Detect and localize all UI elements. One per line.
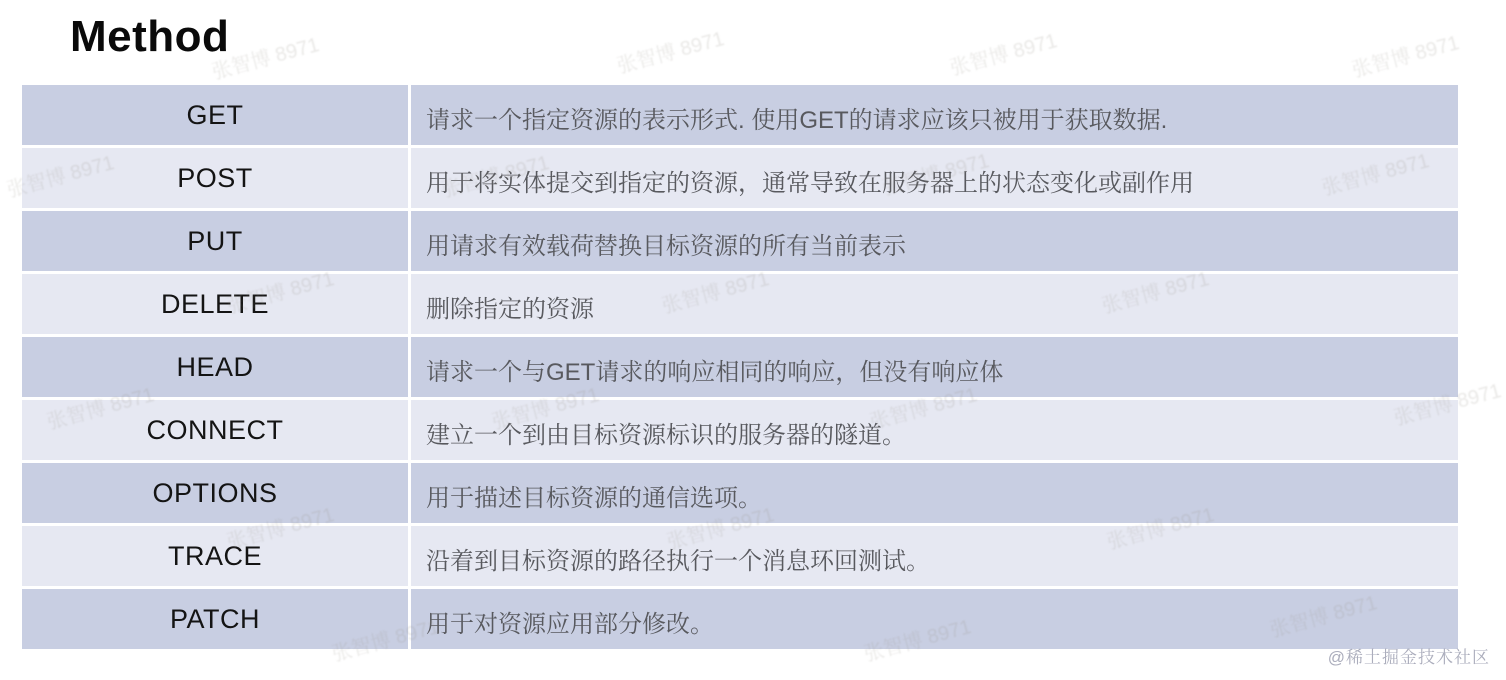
method-cell: OPTIONS bbox=[22, 463, 408, 523]
description-cell: 用于将实体提交到指定的资源，通常导致在服务器上的状态变化或副作用 bbox=[411, 148, 1458, 208]
watermark-text: 张智博 8971 bbox=[946, 24, 1060, 80]
description-cell: 用于对资源应用部分修改。 bbox=[411, 589, 1458, 649]
table-row: HEAD请求一个与GET请求的响应相同的响应，但没有响应体 bbox=[22, 337, 1458, 397]
watermark-text: 张智博 8971 bbox=[613, 22, 727, 78]
method-cell: POST bbox=[22, 148, 408, 208]
description-cell: 用请求有效载荷替换目标资源的所有当前表示 bbox=[411, 211, 1458, 271]
description-cell: 请求一个与GET请求的响应相同的响应，但没有响应体 bbox=[411, 337, 1458, 397]
watermark-text: 张智博 8971 bbox=[1348, 26, 1462, 82]
table-row: PUT用请求有效载荷替换目标资源的所有当前表示 bbox=[22, 211, 1458, 271]
table-row: DELETE删除指定的资源 bbox=[22, 274, 1458, 334]
site-watermark: @稀土掘金技术社区 bbox=[1328, 643, 1490, 668]
method-cell: DELETE bbox=[22, 274, 408, 334]
description-cell: 用于描述目标资源的通信选项。 bbox=[411, 463, 1458, 523]
table-row: CONNECT建立一个到由目标资源标识的服务器的隧道。 bbox=[22, 400, 1458, 460]
description-cell: 建立一个到由目标资源标识的服务器的隧道。 bbox=[411, 400, 1458, 460]
method-cell: HEAD bbox=[22, 337, 408, 397]
table-row: POST用于将实体提交到指定的资源，通常导致在服务器上的状态变化或副作用 bbox=[22, 148, 1458, 208]
method-table: GET请求一个指定资源的表示形式. 使用GET的请求应该只被用于获取数据.POS… bbox=[22, 85, 1458, 649]
method-cell: PUT bbox=[22, 211, 408, 271]
method-cell: GET bbox=[22, 85, 408, 145]
table-row: PATCH用于对资源应用部分修改。 bbox=[22, 589, 1458, 649]
table-row: TRACE沿着到目标资源的路径执行一个消息环回测试。 bbox=[22, 526, 1458, 586]
description-cell: 删除指定的资源 bbox=[411, 274, 1458, 334]
page-title: Method bbox=[70, 12, 229, 62]
method-cell: PATCH bbox=[22, 589, 408, 649]
method-cell: TRACE bbox=[22, 526, 408, 586]
description-cell: 沿着到目标资源的路径执行一个消息环回测试。 bbox=[411, 526, 1458, 586]
table-row: GET请求一个指定资源的表示形式. 使用GET的请求应该只被用于获取数据. bbox=[22, 85, 1458, 145]
description-cell: 请求一个指定资源的表示形式. 使用GET的请求应该只被用于获取数据. bbox=[411, 85, 1458, 145]
table-row: OPTIONS用于描述目标资源的通信选项。 bbox=[22, 463, 1458, 523]
method-cell: CONNECT bbox=[22, 400, 408, 460]
